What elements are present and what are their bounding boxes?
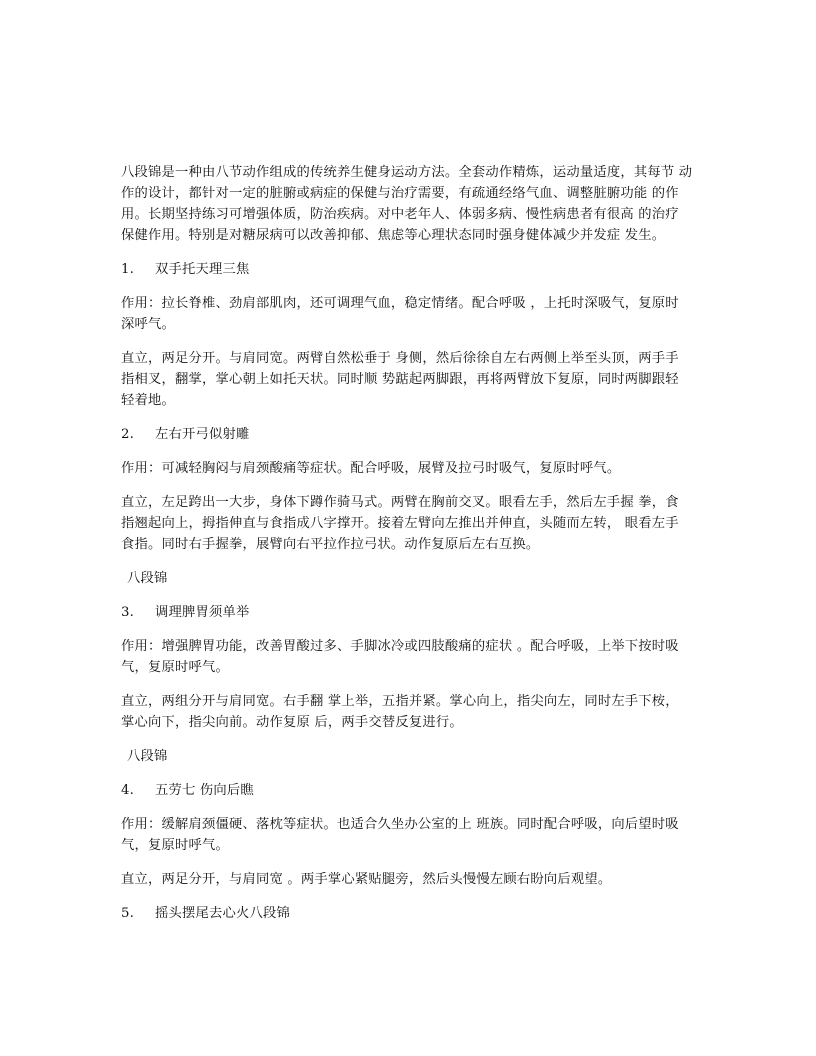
intro-line: 用。长期坚持练习可增强体质，防治疾病。对中老年人、体弱多病、慢性病患者有很高 的… xyxy=(121,204,699,225)
effect-paragraph: 作用：可减轻胸闷与肩颈酸痛等症状。配合呼吸，展臂及拉弓时吸气，复原时呼气。 xyxy=(121,458,699,479)
section-title: 摇头摆尾去心火八段锦 xyxy=(155,906,290,921)
text-line: 食指。同时右手握拳，展臂向右平拉作拉弓状。动作复原后左右互换。 xyxy=(121,534,699,555)
method-paragraph: 直立，两足分开。与肩同宽。两臂自然松垂于 身侧，然后徐徐自左右两侧上举至头顶，两… xyxy=(121,348,699,411)
section-title: 调理脾胃须单举 xyxy=(155,605,249,620)
text-line: 作用：可减轻胸闷与肩颈酸痛等症状。配合呼吸，展臂及拉弓时吸气，复原时呼气。 xyxy=(121,458,699,479)
section-number: 3. xyxy=(121,602,155,623)
subheading: 八段锦 xyxy=(121,568,699,589)
section-number: 5. xyxy=(121,903,155,924)
intro-line: 八段锦是一种由八节动作组成的传统养生健身运动方法。全套动作精炼，运动量适度，其每… xyxy=(121,162,699,183)
section-title: 五劳七 伤向后瞧 xyxy=(155,783,254,798)
intro-line: 保健作用。特别是对糖尿病可以改善抑郁、焦虑等心理状态同时强身健体减少并发症 发生… xyxy=(121,225,699,246)
method-paragraph: 直立，左足跨出一大步，身体下蹲作骑马式。两臂在胸前交叉。眼看左手，然后左手握 拳… xyxy=(121,492,699,555)
method-paragraph: 直立，两组分开与肩同宽。右手翻 掌上举，五指并紧。掌心向上，指尖向左，同时左手下… xyxy=(121,691,699,733)
text-line: 气，复原时呼气。 xyxy=(121,835,699,856)
effect-paragraph: 作用：增强脾胃功能，改善胃酸过多、手脚冰冷或四肢酸痛的症状 。配合呼吸，上举下按… xyxy=(121,636,699,678)
section-number: 1. xyxy=(121,259,155,280)
section-title: 左右开弓似射雕 xyxy=(155,427,249,442)
section-heading: 5.摇头摆尾去心火八段锦 xyxy=(121,903,699,924)
text-line: 气，复原时呼气。 xyxy=(121,657,699,678)
text-line: 作用：增强脾胃功能，改善胃酸过多、手脚冰冷或四肢酸痛的症状 。配合呼吸，上举下按… xyxy=(121,636,699,657)
method-paragraph: 直立，两足分开，与肩同宽 。两手掌心紧贴腿旁，然后头慢慢左顾右盼向后观望。 xyxy=(121,869,699,890)
section-number: 2. xyxy=(121,424,155,445)
text-line: 直立，两足分开。与肩同宽。两臂自然松垂于 身侧，然后徐徐自左右两侧上举至头顶，两… xyxy=(121,348,699,369)
document-page: 八段锦是一种由八节动作组成的传统养生健身运动方法。全套动作精炼，运动量适度，其每… xyxy=(121,162,699,924)
text-line: 轻着地。 xyxy=(121,390,699,411)
text-line: 作用：缓解肩颈僵硬、落枕等症状。也适合久坐办公室的上 班族。同时配合呼吸，向后望… xyxy=(121,814,699,835)
text-line: 直立，两组分开与肩同宽。右手翻 掌上举，五指并紧。掌心向上，指尖向左，同时左手下… xyxy=(121,691,699,712)
intro-line: 作的设计，都针对一定的脏腑或病症的保健与治疗需要，有疏通经络气血、调整脏腑功能 … xyxy=(121,183,699,204)
subheading: 八段锦 xyxy=(121,746,699,767)
text-line: 掌心向下，指尖向前。动作复原 后，两手交替反复进行。 xyxy=(121,712,699,733)
text-line: 指相叉，翻掌，掌心朝上如托天状。同时顺 势踮起两脚跟，再将两臂放下复原，同时两脚… xyxy=(121,369,699,390)
section-heading: 3.调理脾胃须单举 xyxy=(121,602,699,623)
section-heading: 4.五劳七 伤向后瞧 xyxy=(121,780,699,801)
section-heading: 1.双手托天理三焦 xyxy=(121,259,699,280)
effect-paragraph: 作用：缓解肩颈僵硬、落枕等症状。也适合久坐办公室的上 班族。同时配合呼吸，向后望… xyxy=(121,814,699,856)
text-line: 直立，两足分开，与肩同宽 。两手掌心紧贴腿旁，然后头慢慢左顾右盼向后观望。 xyxy=(121,869,699,890)
text-line: 作用：拉长脊椎、劲肩部肌肉，还可调理气血，稳定情绪。配合呼吸 ，上托时深吸气，复… xyxy=(121,293,699,314)
text-line: 深呼气。 xyxy=(121,314,699,335)
text-line: 直立，左足跨出一大步，身体下蹲作骑马式。两臂在胸前交叉。眼看左手，然后左手握 拳… xyxy=(121,492,699,513)
text-line: 指翘起向上，拇指伸直与食指成八字撑开。接着左臂向左推出并伸直，头随而左转， 眼看… xyxy=(121,513,699,534)
effect-paragraph: 作用：拉长脊椎、劲肩部肌肉，还可调理气血，稳定情绪。配合呼吸 ，上托时深吸气，复… xyxy=(121,293,699,335)
section-number: 4. xyxy=(121,780,155,801)
section-heading: 2.左右开弓似射雕 xyxy=(121,424,699,445)
intro-paragraph: 八段锦是一种由八节动作组成的传统养生健身运动方法。全套动作精炼，运动量适度，其每… xyxy=(121,162,699,246)
section-title: 双手托天理三焦 xyxy=(155,262,249,277)
